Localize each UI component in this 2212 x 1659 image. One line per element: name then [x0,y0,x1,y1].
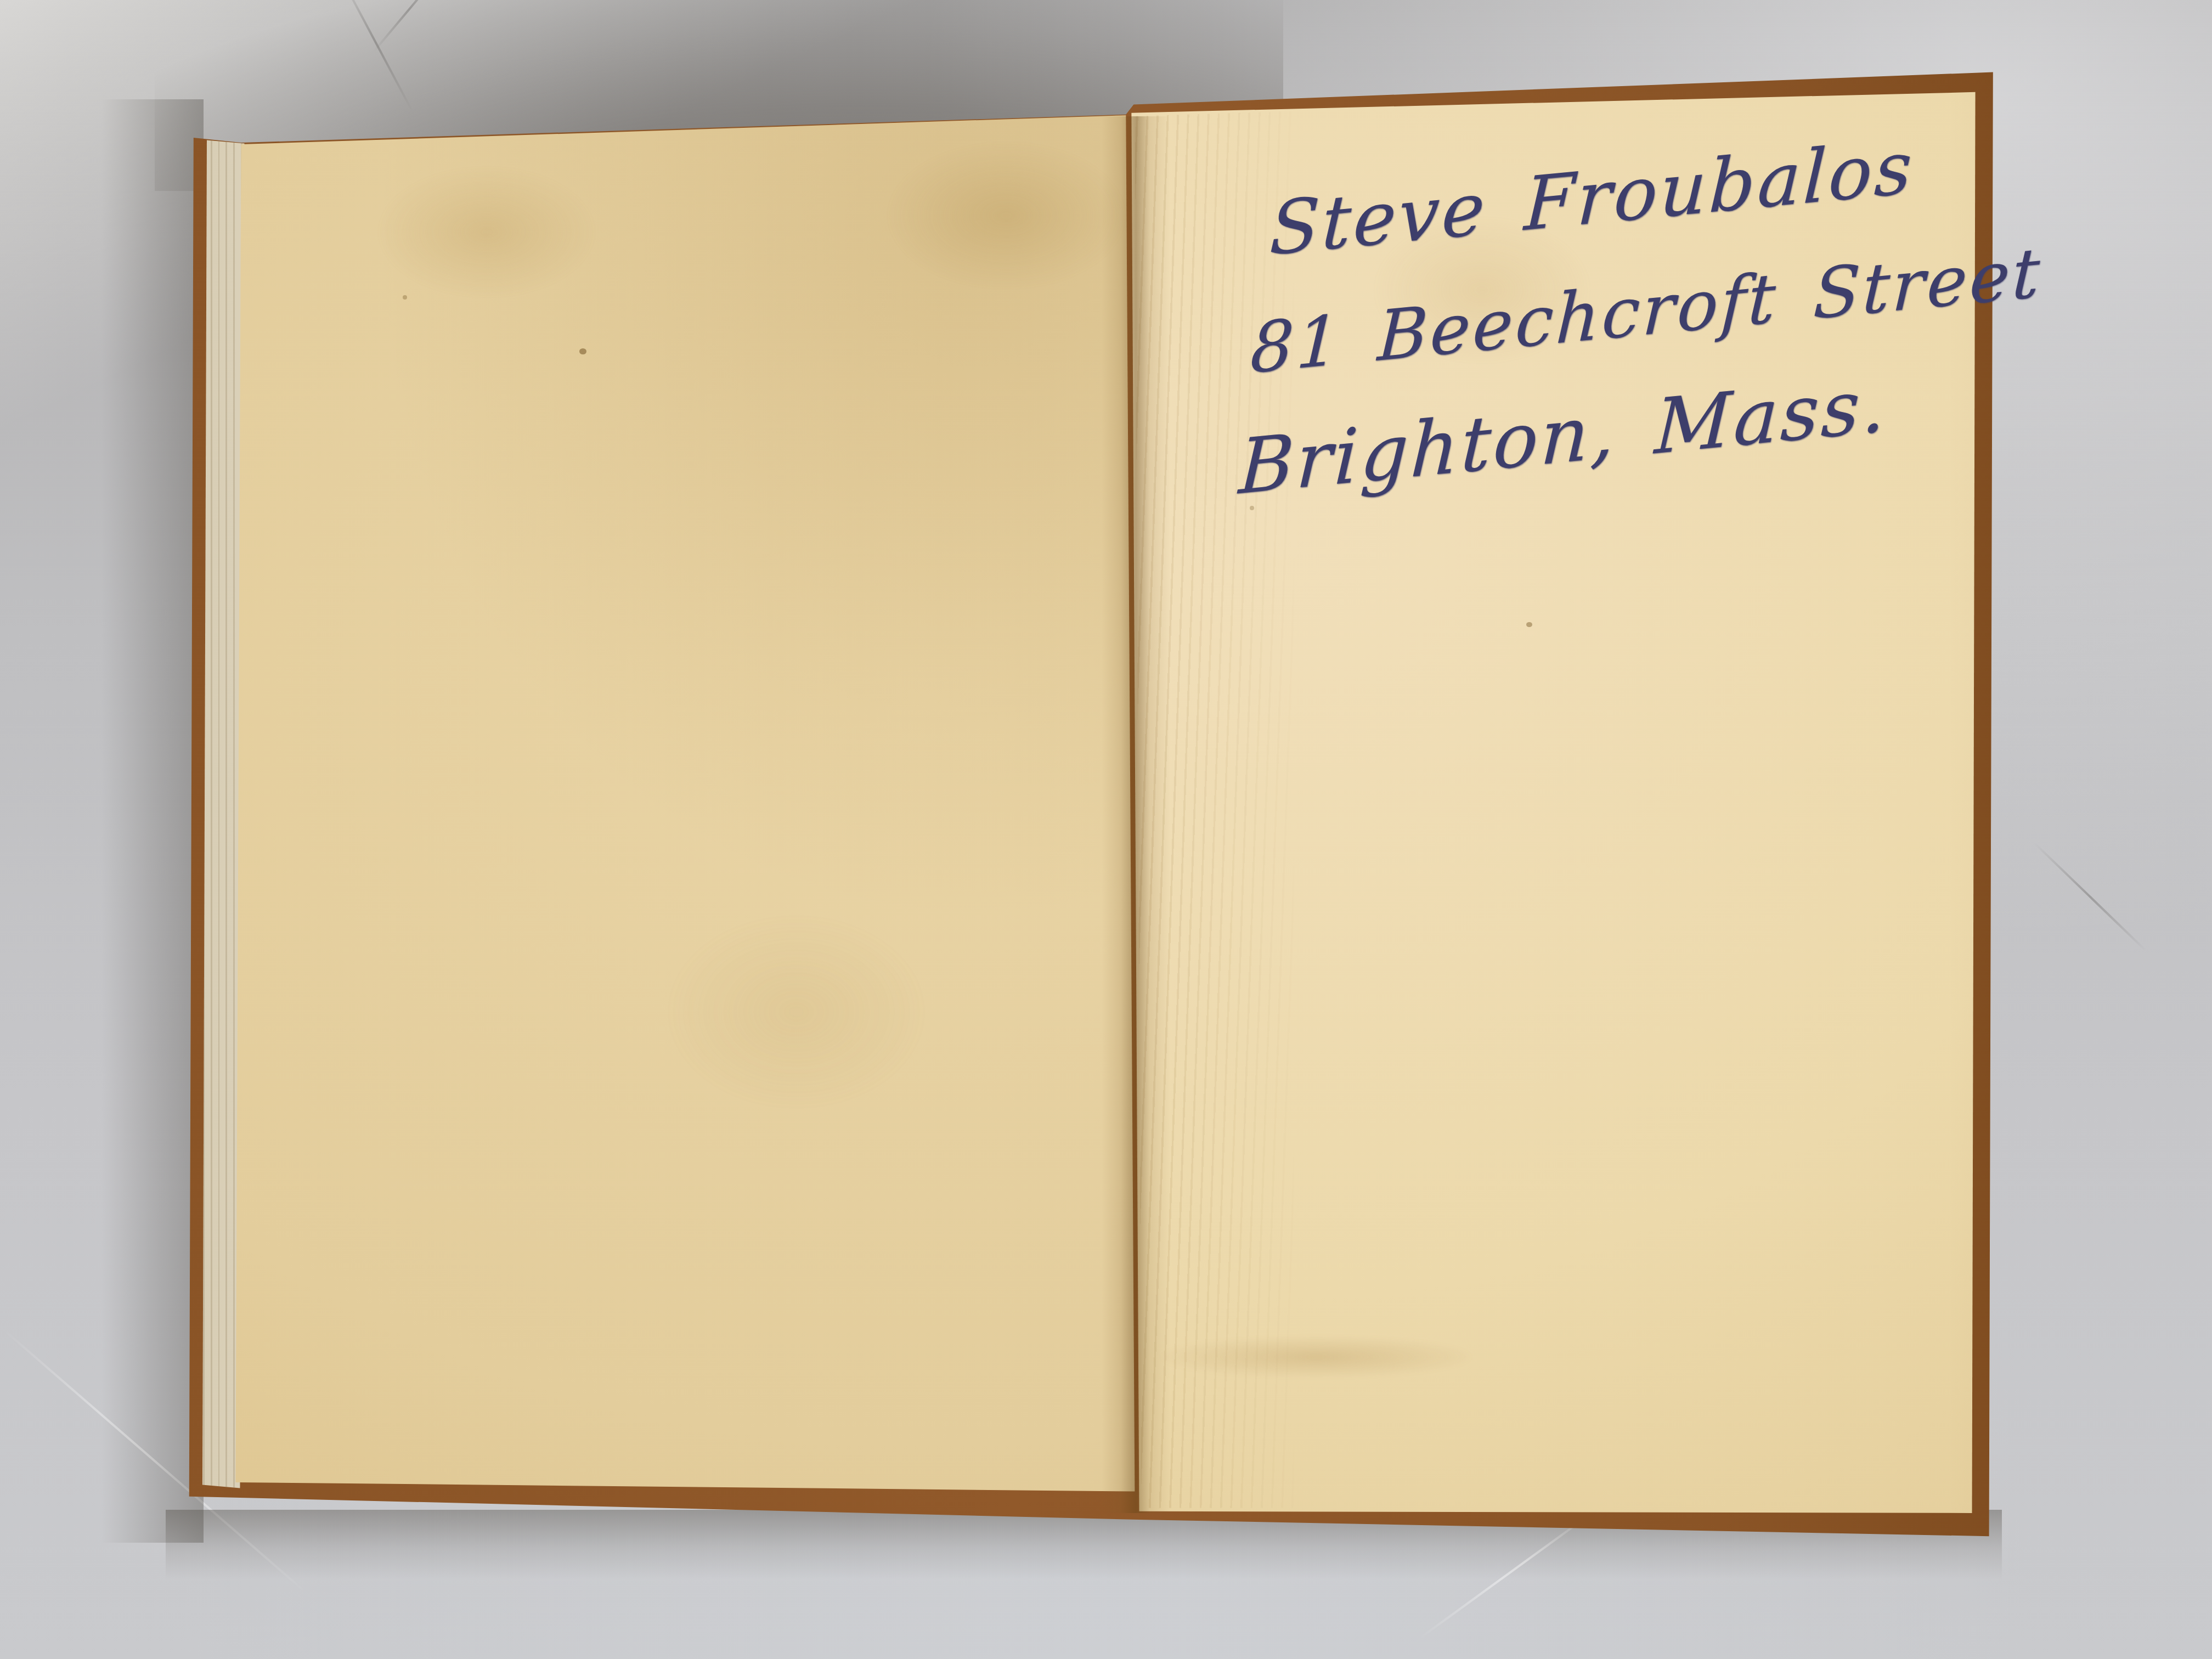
handwritten-inscription: Steve Froubalos 81 Beechcroft Street Bri… [1233,96,2044,607]
book-cast-shadow-left [101,99,203,1543]
photo-of-open-book: Steve Froubalos 81 Beechcroft Street Bri… [0,0,2212,1659]
book-gutter-shadow [1102,116,1170,1513]
